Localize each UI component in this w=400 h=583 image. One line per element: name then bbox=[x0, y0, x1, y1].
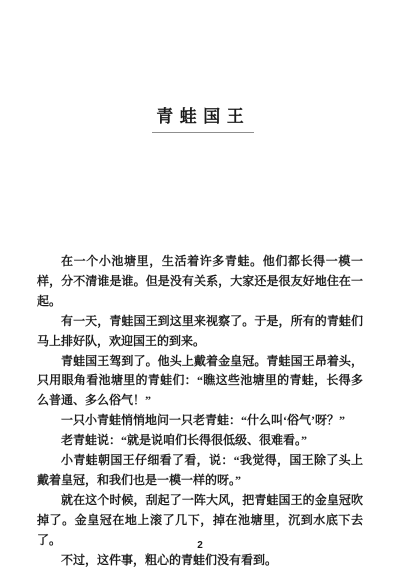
book-page: 青蛙国王 在一个小池塘里，生活着许多青蛙。他们都长得一模一样，分不清谁是谁。但是… bbox=[0, 0, 400, 583]
page-number: 2 bbox=[0, 540, 400, 551]
story-paragraph: 不过，这件事，粗心的青蛙们没有看到。 bbox=[37, 551, 363, 571]
chapter-title: 青蛙国王 bbox=[152, 102, 254, 133]
story-paragraph: 小青蛙朝国王仔细看了看，说：“我觉得，国王除了头上戴着皇冠，和我们也是一模一样的… bbox=[37, 451, 363, 491]
story-body: 在一个小池塘里，生活着许多青蛙。他们都长得一模一样，分不清谁是谁。但是没有关系，… bbox=[37, 252, 363, 571]
story-paragraph: 老青蛙说：“就是说咱们长得很低级、很难看。” bbox=[37, 431, 363, 451]
chapter-title-block: 青蛙国王 bbox=[0, 102, 400, 133]
story-paragraph: 青蛙国王驾到了。他头上戴着金皇冠。青蛙国王昂着头，只用眼角看池塘里的青蛙们：“瞧… bbox=[37, 352, 363, 412]
story-paragraph: 在一个小池塘里，生活着许多青蛙。他们都长得一模一样，分不清谁是谁。但是没有关系，… bbox=[37, 252, 363, 312]
story-paragraph: 一只小青蛙悄悄地问一只老青蛙：“什么叫‘俗气’呀？” bbox=[37, 411, 363, 431]
story-paragraph: 有一天，青蛙国王到这里来视察了。于是，所有的青蛙们马上排好队，欢迎国王的到来。 bbox=[37, 312, 363, 352]
